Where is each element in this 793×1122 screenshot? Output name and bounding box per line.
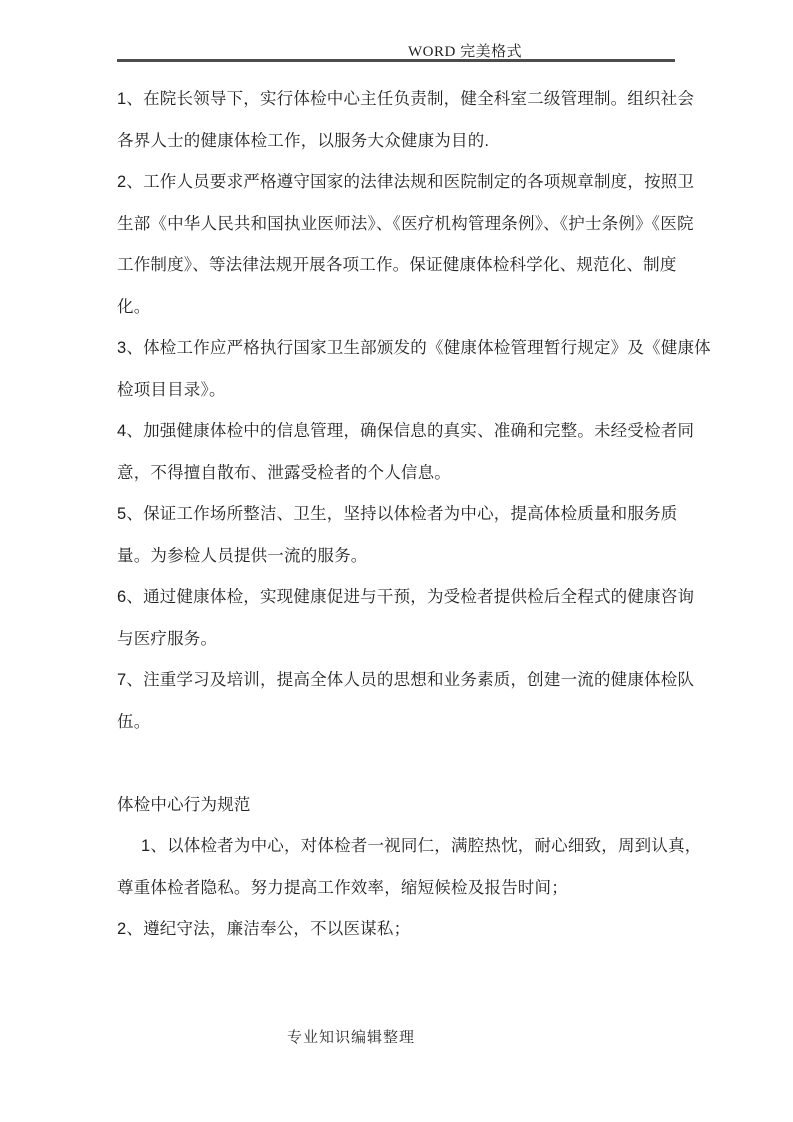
document-page: WORD 完美格式 1、在院长领导下，实行体检中心主任负责制，健全科室二级管理制… (0, 0, 793, 1122)
document-line: 7、注重学习及培训，提高全体人员的思想和业务素质，创建一流的健康体检队 (117, 660, 677, 702)
document-line: 1、在院长领导下，实行体检中心主任负责制，健全科室二级管理制。组织社会 (117, 79, 677, 121)
document-line: 量。为参检人员提供一流的服务。 (117, 536, 677, 578)
page-header-title: WORD 完美格式 (408, 40, 522, 61)
page-footer-text: 专业知识编辑整理 (287, 1026, 415, 1047)
document-line: 工作制度》、等法律法规开展各项工作。保证健康体检科学化、规范化、制度 (117, 245, 677, 287)
blank-line (117, 743, 677, 785)
document-line: 检项目目录》。 (117, 370, 677, 412)
document-line: 2、遵纪守法，廉洁奉公，不以医谋私； (117, 909, 677, 951)
document-body: 1、在院长领导下，实行体检中心主任负责制，健全科室二级管理制。组织社会各界人士的… (117, 79, 677, 951)
document-line: 1、以体检者为中心，对体检者一视同仁，满腔热忱，耐心细致，周到认真， (117, 826, 677, 868)
document-line: 6、通过健康体检，实现健康促进与干预，为受检者提供检后全程式的健康咨询 (117, 577, 677, 619)
document-line: 意，不得擅自散布、泄露受检者的个人信息。 (117, 453, 677, 495)
document-line: 生部《中华人民共和国执业医师法》、《医疗机构管理条例》、《护士条例》《医院 (117, 204, 677, 246)
document-line: 与医疗服务。 (117, 619, 677, 661)
document-line: 2、工作人员要求严格遵守国家的法律法规和医院制定的各项规章制度，按照卫 (117, 162, 677, 204)
document-line: 3、体检工作应严格执行国家卫生部颁发的《健康体检管理暂行规定》及《健康体 (117, 328, 677, 370)
document-line: 伍。 (117, 702, 677, 744)
document-line: 各界人士的健康体检工作，以服务大众健康为目的. (117, 121, 677, 163)
document-line: 5、保证工作场所整洁、卫生，坚持以体检者为中心，提高体检质量和服务质 (117, 494, 677, 536)
header-rule (117, 59, 675, 62)
document-line: 化。 (117, 287, 677, 329)
document-line: 尊重体检者隐私。努力提高工作效率，缩短候检及报告时间； (117, 868, 677, 910)
document-line: 4、加强健康体检中的信息管理，确保信息的真实、准确和完整。未经受检者同 (117, 411, 677, 453)
section-heading: 体检中心行为规范 (117, 785, 677, 827)
